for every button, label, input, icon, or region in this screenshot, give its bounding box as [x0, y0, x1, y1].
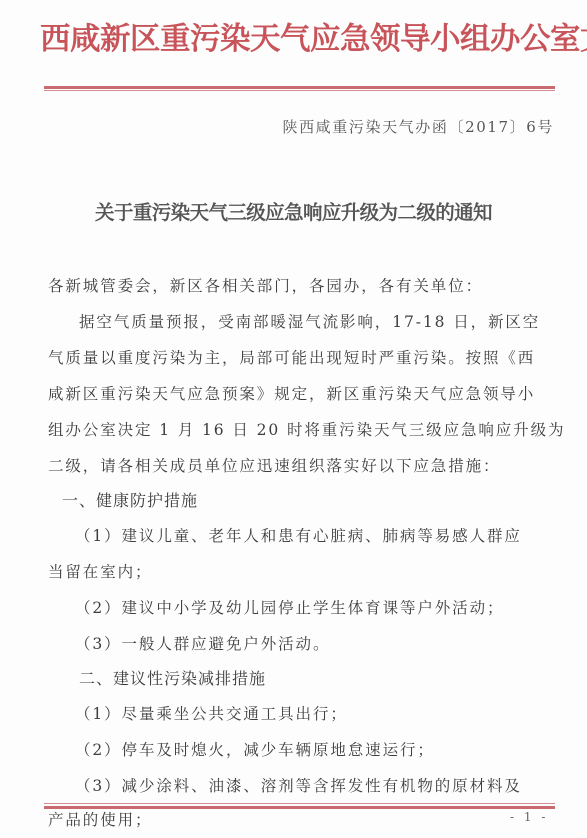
masthead-title: 西咸新区重污染天气应急领导小组办公室文件	[40, 18, 560, 62]
notice-title: 关于重污染天气三级应急响应升级为二级的通知	[0, 197, 587, 225]
list-item-continuation: 产品的使用；	[48, 808, 152, 830]
salutation: 各新城管委会，新区各相关部门，各园办，各有关单位：	[48, 274, 483, 296]
page-number: - 1 -	[510, 810, 548, 824]
paragraph-line: 气质量以重度污染为主，局部可能出现短时严重污染。按照《西	[48, 346, 535, 368]
list-item: （2）停车及时熄火，减少车辆原地怠速运行；	[75, 738, 435, 760]
list-item-continuation: 当留在室内；	[48, 560, 152, 582]
section-heading-health: 一、健康防护措施	[62, 488, 198, 511]
document-number: 陕西咸重污染天气办函〔2017〕6号	[282, 116, 554, 137]
list-item: （3）减少涂料、油漆、溶剂等含挥发性有机物的原材料及	[75, 774, 522, 796]
masthead-rule-thin	[44, 90, 555, 91]
paragraph-line: 组办公室决定 1 月 16 日 20 时将重污染天气三级应急响应升级为	[48, 418, 565, 440]
masthead-rule-thick	[44, 86, 555, 89]
document-page: 西咸新区重污染天气应急领导小组办公室文件 陕西咸重污染天气办函〔2017〕6号 …	[0, 0, 587, 838]
list-item: （3）一般人群应避免户外活动。	[75, 632, 330, 654]
paragraph-line: 据空气质量预报，受南部暖湿气流影响，17-18 日，新区空	[79, 310, 540, 332]
footer-rule-thin	[44, 803, 555, 804]
footer-rule-thick	[44, 806, 555, 809]
section-heading-emission: 二、建议性污染减排措施	[79, 666, 266, 689]
list-item: （1）尽量乘坐公共交通工具出行；	[75, 702, 348, 724]
paragraph-line: 咸新区重污染天气应急预案》规定，新区重污染天气应急领导小	[48, 382, 535, 404]
list-item: （2）建议中小学及幼儿园停止学生体育课等户外活动；	[75, 596, 504, 618]
paragraph-line: 二级，请各相关成员单位应迅速组织落实好以下应急措施：	[48, 454, 500, 476]
list-item: （1）建议儿童、老年人和患有心脏病、肺病等易感人群应	[75, 524, 522, 546]
